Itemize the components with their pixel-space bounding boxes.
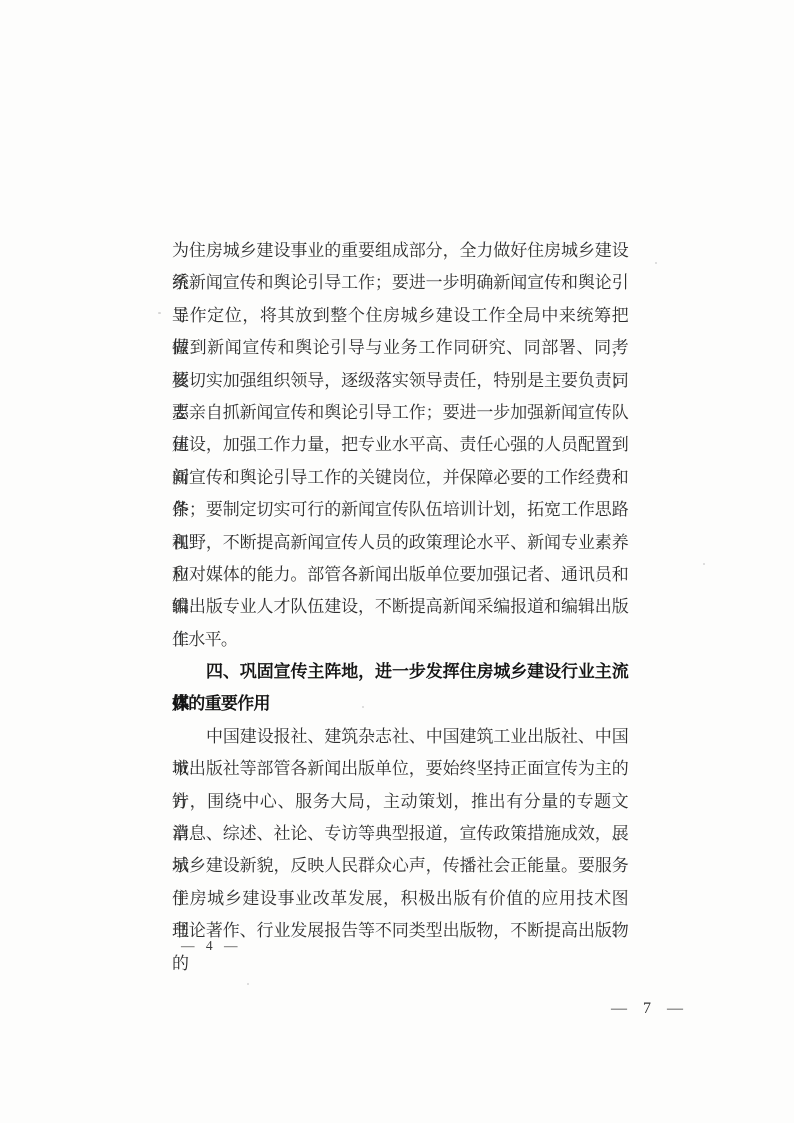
scan-speck (158, 312, 161, 314)
text-line: 市出版社等部管各新闻出版单位，要始终坚持正面宣传为主的方 (172, 753, 628, 785)
heading-line: 体的重要作用 (172, 688, 628, 720)
text-line: 统新闻宣传和舆论引导工作；要进一步明确新闻宣传和舆论引导 (172, 267, 628, 299)
text-line: 要亲自抓新闻宣传和舆论引导工作；要进一步加强新闻宣传队伍 (172, 397, 628, 429)
text-line: 视野，不断提高新闻宣传人员的政策理论水平、新闻专业素养和 (172, 527, 628, 559)
text-line: 闻宣传和舆论引导工作的关键岗位，并保障必要的工作经费和条 (172, 462, 628, 494)
text-line: 要切实加强组织领导，逐级落实领导责任，特别是主要负责同志 (172, 365, 628, 397)
scan-speck (362, 706, 364, 708)
text-line: 建设，加强工作力量，把专业水平高、责任心强的人员配置到新 (172, 429, 628, 461)
text-line: 件；要制定切实可行的新闻宣传队伍培训计划，拓宽工作思路和 (172, 494, 628, 526)
scan-speck (247, 983, 249, 985)
text-line: 作水平。 (172, 624, 628, 656)
page-number: — 7 — (611, 1000, 689, 1018)
text-line: 城乡建设新貌，反映人民群众心声，传播社会正能量。要服务于 (172, 850, 628, 882)
text-line: 做到新闻宣传和舆论引导与业务工作同研究、同部署、同考核； (172, 332, 628, 364)
inner-page-number: — 4 — (181, 938, 242, 954)
heading-line: 四、巩固宣传主阵地，进一步发挥住房城乡建设行业主流媒 (172, 656, 628, 688)
text-line: 应对媒体的能力。部管各新闻出版单位要加强记者、通讯员和编 (172, 559, 628, 591)
text-line: 住房城乡建设事业改革发展，积极出版有价值的应用技术图书、 (172, 883, 628, 915)
scan-speck (655, 262, 657, 264)
text-line: 为住房城乡建设事业的重要组成部分，全力做好住房城乡建设系 (172, 235, 628, 267)
text-line: 辑出版专业人才队伍建设，不断提高新闻采编报道和编辑出版工 (172, 591, 628, 623)
text-line: 工作定位，将其放到整个住房城乡建设工作全局中来统筹把握， (172, 300, 628, 332)
document-body: 为住房城乡建设事业的重要组成部分，全力做好住房城乡建设系统新闻宣传和舆论引导工作… (172, 235, 628, 948)
scan-speck (479, 478, 481, 480)
scan-speck (703, 563, 705, 565)
text-line: 消息、综述、社论、专访等典型报道，宣传政策措施成效，展示 (172, 818, 628, 850)
text-line: 针，围绕中心、服务大局，主动策划，推出有分量的专题文章、 (172, 786, 628, 818)
text-line: 中国建设报社、建筑杂志社、中国建筑工业出版社、中国城 (172, 721, 628, 753)
scanned-document-page: 为住房城乡建设事业的重要组成部分，全力做好住房城乡建设系统新闻宣传和舆论引导工作… (0, 0, 794, 1123)
